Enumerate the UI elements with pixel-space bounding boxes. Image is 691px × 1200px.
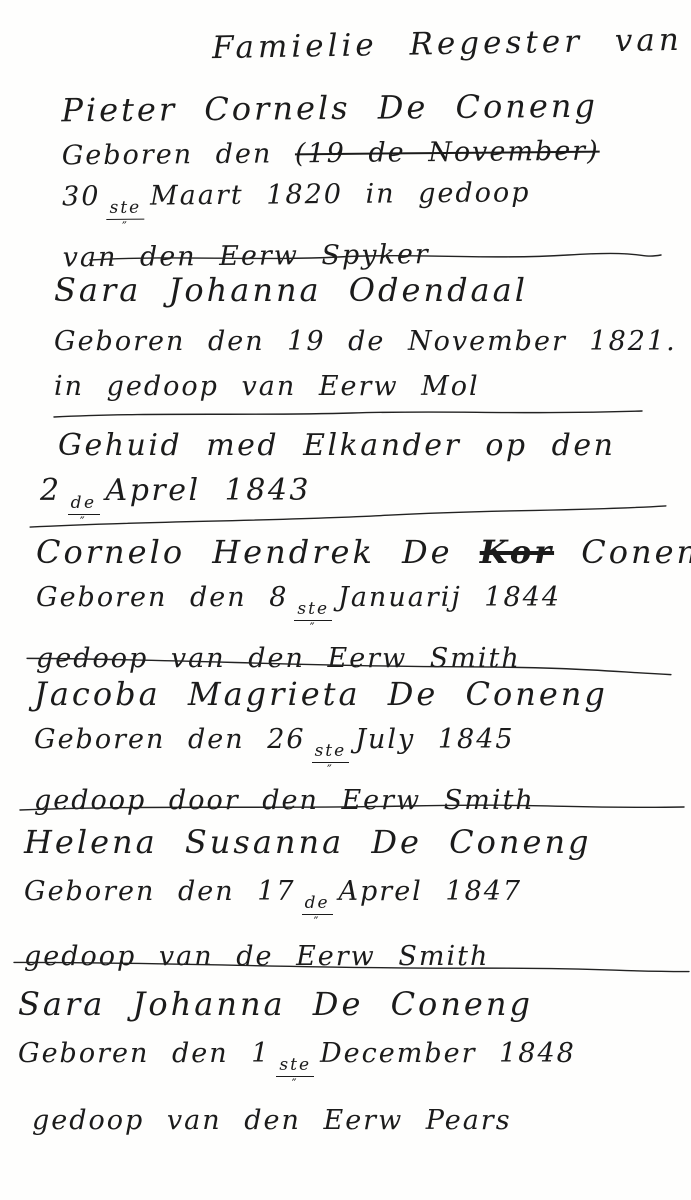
baptism-line: in gedoop van Eerw Mol (54, 369, 677, 404)
ordinal-superscript: ste (312, 743, 350, 777)
entry-name-line: Helena Susanna De Coneng (24, 822, 592, 864)
birth-line: Geboren den 17deAprel 1847 (24, 874, 592, 929)
birth-prefix: Geboren den (24, 876, 235, 907)
page-title: Famielie Regester van (212, 22, 683, 66)
struck-name-fragment: Kor (480, 533, 554, 571)
separator-line (52, 406, 644, 420)
entry-name-line: Sara Johanna De Coneng (18, 984, 576, 1026)
birth-line: Geboren den 19 de November 1821. (54, 324, 677, 359)
ordinal-superscript: ste (294, 601, 332, 635)
birth-prefix: Geboren den (34, 724, 245, 755)
ordinal-superscript: de (302, 895, 333, 929)
struck-date: (19 de November) (295, 135, 600, 169)
ordinal-text: ste (294, 601, 332, 621)
entry-helena: Helena Susanna De Coneng Geboren den 17d… (24, 822, 592, 980)
marriage-tail: Aprel 1843 (106, 473, 311, 508)
entry-name-line: Cornelo Hendrek De Kor Coneng (36, 532, 691, 574)
marriage-text: Gehuid med Elkander op den (58, 428, 615, 463)
birth-day: 1 (251, 1038, 270, 1069)
birth-prefix: Geboren den (62, 138, 273, 171)
birth-line: Geboren den 8steJanuarij 1844 (36, 580, 691, 635)
person-name-tail: Coneng (581, 533, 691, 571)
ordinal-text: de (302, 895, 333, 915)
birth-text: Geboren den 19 de November 1821. (54, 326, 677, 357)
baptism-line: gedoop van den Eerw Pears (32, 1103, 576, 1138)
ordinal-superscript: ste (276, 1057, 314, 1091)
entry-name-line: Pieter Cornels De Coneng (61, 86, 599, 132)
person-name: Jacoba Magrieta De Coneng (34, 675, 608, 713)
birth-prefix: Geboren den (36, 582, 247, 613)
birth-day: 8 (269, 582, 288, 613)
separator-line (88, 250, 663, 264)
birth-day: 26 (267, 724, 305, 755)
entry-sara-odendaal: Sara Johanna Odendaal Geboren den 19 de … (54, 270, 677, 410)
birth-line: Geboren den 1steDecember 1848 (18, 1036, 576, 1091)
ordinal-text: ste (276, 1057, 314, 1077)
birth-prefix: Geboren den (18, 1038, 229, 1069)
marriage-line-1: Gehuid med Elkander op den (58, 426, 615, 465)
birth-line: 30steMaart 1820 in gedoop (62, 174, 600, 234)
person-name: Helena Susanna De Coneng (24, 823, 592, 861)
entry-name-line: Jacoba Magrieta De Coneng (34, 674, 608, 716)
birth-tail: Januarij 1844 (338, 582, 561, 613)
person-name: Sara Johanna Odendaal (54, 271, 528, 309)
birth-day: 30 (62, 181, 101, 212)
ordinal-superscript: ste (106, 199, 144, 233)
ordinal-text: ste (312, 743, 350, 763)
person-name-prefix: Cornelo Hendrek De (36, 533, 453, 571)
entry-sara: Sara Johanna De Coneng Geboren den 1steD… (18, 984, 576, 1144)
ordinal-text: ste (106, 199, 144, 219)
baptism-text: gedoop van den Eerw Pears (32, 1105, 512, 1136)
birth-line: Geboren den 26steJuly 1845 (34, 722, 608, 777)
birth-day: 17 (257, 876, 295, 907)
document-page: Famielie Regester van Pieter Cornels De … (0, 0, 691, 1200)
birth-line-struck: Geboren den (19 de November) (62, 133, 600, 173)
marriage-day: 2 (40, 473, 62, 508)
person-name: Pieter Cornels De Coneng (61, 87, 598, 130)
baptism-text: in gedoop van Eerw Mol (54, 371, 480, 402)
birth-tail: Maart 1820 in gedoop (150, 177, 531, 211)
person-name: Sara Johanna De Coneng (18, 985, 533, 1023)
entry-name-line: Sara Johanna Odendaal (54, 270, 677, 312)
birth-tail: Aprel 1847 (339, 876, 523, 907)
birth-tail: July 1845 (355, 724, 514, 755)
birth-tail: December 1848 (320, 1038, 576, 1069)
separator-line (18, 800, 686, 814)
